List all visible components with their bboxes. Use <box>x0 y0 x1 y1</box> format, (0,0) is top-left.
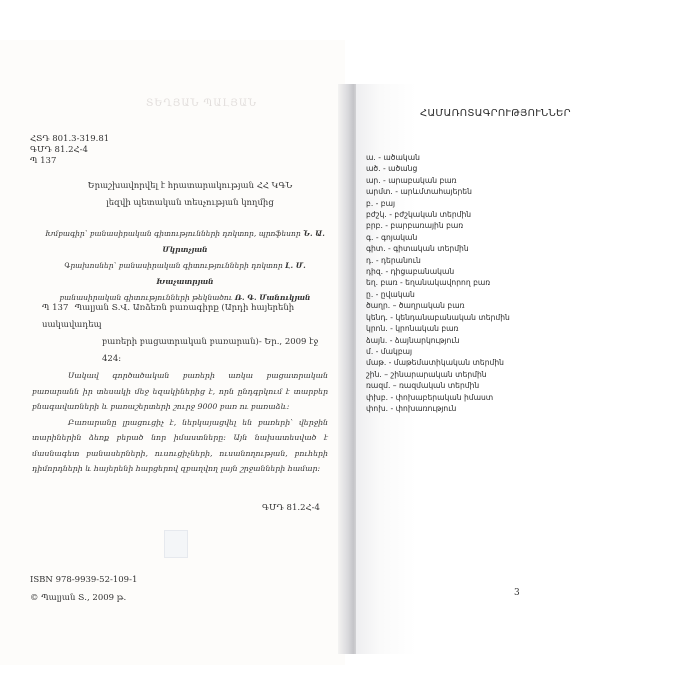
reviewer-credit-1: Գրախոսներ՝ բանասիրական գիտությունների դո… <box>40 258 330 290</box>
abbreviation-item: ձայն. - ձայնարկություն <box>366 335 510 346</box>
editor-credit: Խմբագիր՝ բանասիրական գիտությունների դոկտ… <box>40 226 330 258</box>
abbreviation-item: ա. - ածական <box>366 152 510 163</box>
credit-role: Խմբագիր՝ բանասիրական գիտությունների դոկտ… <box>45 229 303 238</box>
catalog-publication: բառերի բացատրական բառարան)- Եր., 2009 էջ… <box>42 334 332 368</box>
abstract-paragraph-1: Սակավ գործածական բառերի առկա բացատրական … <box>32 368 328 415</box>
bbk-code-bottom: ԳՄԴ 81.2Հ-4 <box>262 503 320 513</box>
bleed-through-header: ՏԵՂՅԱՆ ՊԱԼՅԱՆ <box>146 98 257 109</box>
abbreviation-item: փոխ. - փոխառություն <box>366 403 510 414</box>
abbreviation-item: շին. – շինարարական տերմին <box>366 369 510 380</box>
approval-line-1: Երաշխավորվել է հրատարակության ՀՀ ԿԳՆ <box>60 178 320 195</box>
abbreviations-list: ա. - ածականած. - ածանցար. - արաբական բառ… <box>366 152 510 414</box>
author-mark: Պ 137 <box>30 156 109 167</box>
abstract: Սակավ գործածական բառերի առկա բացատրական … <box>32 368 328 477</box>
abbreviation-item: կրոն. - կրոնական բառ <box>366 323 510 334</box>
book-spread: ՏԵՂՅԱՆ ՊԱԼՅԱՆ ՀՏԴ 801.3-319.81 ԳՄԴ 81.2Հ… <box>0 0 700 700</box>
library-codes: ՀՏԴ 801.3-319.81 ԳՄԴ 81.2Հ-4 Պ 137 <box>30 134 109 167</box>
abbreviation-item: եղ. բառ - եղանակավորող բառ <box>366 277 510 288</box>
abbreviation-item: արմտ. - արևմտահայերեն <box>366 186 510 197</box>
abbreviation-item: դիզ. - դիցաբանական <box>366 266 510 277</box>
abbreviation-item: բ. - բայ <box>366 198 510 209</box>
approval-line-2: լեզվի պետական տեսչության կողմից <box>60 195 320 212</box>
abbreviations-title: ՀԱՄԱՌՈՏԱԳՐՈՒԹՅՈՒՆՆԵՐ <box>420 108 571 119</box>
isbn: ISBN 978-9939-52-109-1 <box>30 571 137 589</box>
approval-note: Երաշխավորվել է հրատարակության ՀՀ ԿԳՆ լեզ… <box>60 178 320 212</box>
credit-role: Գրախոսներ՝ բանասիրական գիտությունների դո… <box>64 261 285 270</box>
catalog-author-title: Պալյան Տ.Վ. Առձեռն բառագիրք <box>75 303 219 313</box>
catalog-entry: Պ 137 Պալյան Տ.Վ. Առձեռն բառագիրք (Արդի … <box>42 300 332 368</box>
publisher-logo-icon <box>164 530 188 558</box>
editorial-credits: Խմբագիր՝ բանասիրական գիտությունների դոկտ… <box>40 226 330 306</box>
abbreviation-item: ած. - ածանց <box>366 163 510 174</box>
abbreviation-item: գիտ. - գիտական տերմին <box>366 243 510 254</box>
abbreviation-item: ը. - ըվական <box>366 289 510 300</box>
abbreviation-item: ծաղր. – ծաղրական բառ <box>366 300 510 311</box>
abbreviation-item: բրբ. - բարբառային բառ <box>366 220 510 231</box>
abbreviation-item: մ. - մակբայ <box>366 346 510 357</box>
isbn-block: ISBN 978-9939-52-109-1 © Պալյան Տ., 2009… <box>30 571 137 607</box>
catalog-number: Պ 137 <box>42 300 72 317</box>
abbreviation-item: գ. - գոյական <box>366 232 510 243</box>
page-number: 3 <box>514 588 520 598</box>
abbreviation-item: կենդ. - կենդանաբանական տերմին <box>366 312 510 323</box>
copyright: © Պալյան Տ., 2009 թ. <box>30 589 137 607</box>
abbreviation-item: բժշկ. - բժշկական տերմին <box>366 209 510 220</box>
abbreviation-item: մաթ. - մաթեմատիկական տերմին <box>366 357 510 368</box>
abbreviation-item: ռազմ. – ռազմական տերմին <box>366 380 510 391</box>
abbreviation-item: փխբ. - փոխաբերական իմաստ <box>366 392 510 403</box>
abbreviation-item: ար. - արաբական բառ <box>366 175 510 186</box>
abbreviation-item: դ. - դերանուն <box>366 255 510 266</box>
udc-code: ՀՏԴ 801.3-319.81 <box>30 134 109 145</box>
abstract-paragraph-2: Բառարանը լրացուցիչ է, ներկայացվել են բառ… <box>32 415 328 477</box>
bbk-code: ԳՄԴ 81.2Հ-4 <box>30 145 109 156</box>
